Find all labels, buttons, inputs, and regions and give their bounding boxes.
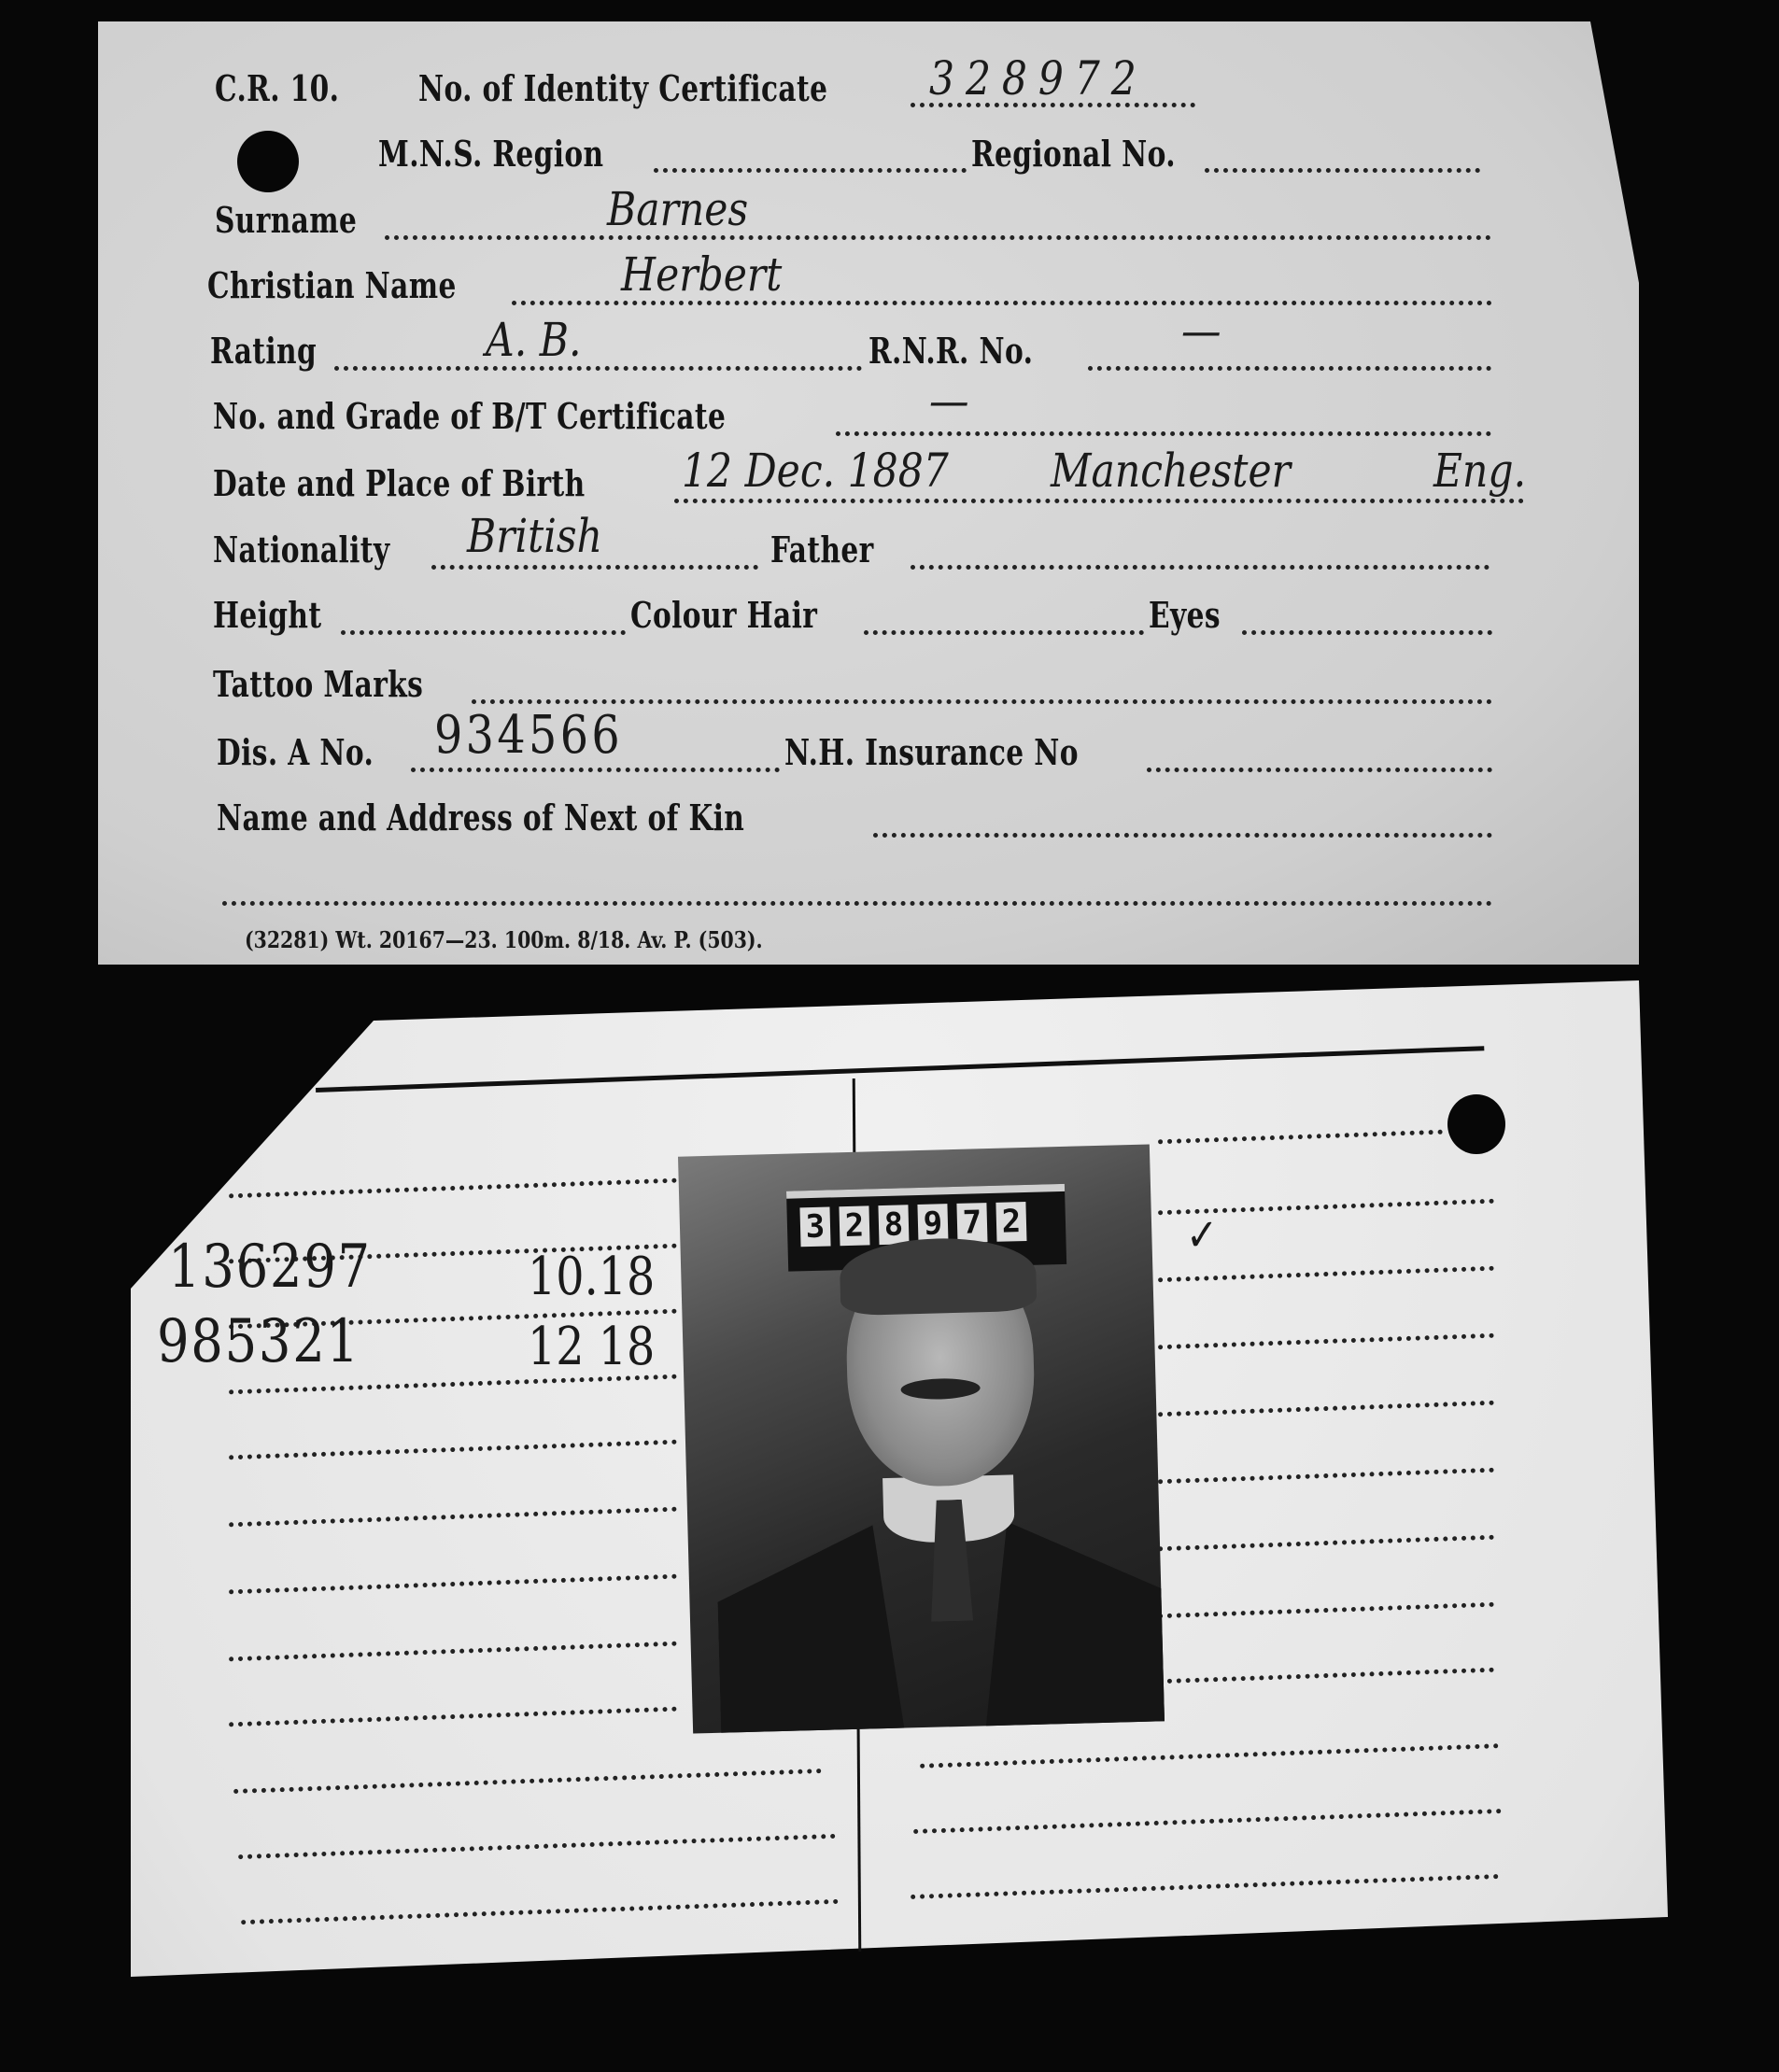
dis-a-label: Dis. A No.: [217, 731, 374, 773]
birth-country-value: Eng.: [1433, 444, 1526, 498]
plate-digit: 2: [839, 1205, 869, 1246]
dotted-line: [674, 499, 1524, 503]
check-mark-icon: ✓: [1186, 1209, 1218, 1262]
nh-insurance-label: N.H. Insurance No: [784, 731, 1079, 773]
rnr-no-value: —: [1181, 303, 1221, 358]
dotted-line: [341, 630, 626, 635]
portrait-photo: 3 2 8 9 7 2: [678, 1144, 1165, 1733]
eyes-label: Eyes: [1149, 594, 1221, 636]
dotted-line: [334, 366, 862, 371]
bt-certificate-value: —: [929, 374, 969, 428]
christian-name-label: Christian Name: [207, 264, 457, 306]
plate-digit: 7: [956, 1203, 987, 1243]
dotted-line: [873, 833, 1492, 838]
identity-certificate-value: 328972: [929, 51, 1148, 106]
dotted-line: [472, 699, 1492, 704]
tattoo-label: Tattoo Marks: [213, 663, 423, 705]
next-of-kin-label: Name and Address of Next of Kin: [217, 796, 744, 839]
identity-certificate-label: No. of Identity Certificate: [418, 67, 827, 109]
dotted-line: [385, 235, 1491, 240]
rnr-no-label: R.N.R. No.: [868, 330, 1033, 372]
form-code: C.R. 10.: [215, 67, 339, 109]
dotted-line: [431, 565, 758, 570]
dotted-line: [911, 565, 1490, 570]
colour-hair-label: Colour Hair: [630, 594, 817, 636]
bt-certificate-label: No. and Grade of B/T Certificate: [213, 395, 726, 437]
discharge-entry-date: 10.18: [528, 1247, 655, 1307]
dotted-line: [654, 168, 967, 173]
punch-hole: [1447, 1094, 1505, 1154]
nationality-value: British: [467, 509, 602, 563]
printer-imprint: (32281) Wt. 20167—23. 100m. 8/18. Av. P.…: [245, 926, 763, 953]
plate-digit: 3: [799, 1206, 830, 1247]
punch-hole: [237, 131, 299, 192]
height-label: Height: [213, 594, 321, 636]
dotted-line: [1147, 768, 1492, 772]
mns-region-label: M.N.S. Region: [378, 133, 603, 175]
surname-label: Surname: [215, 199, 357, 241]
nationality-label: Nationality: [213, 529, 390, 571]
birth-place-value: Manchester: [1051, 444, 1291, 498]
dotted-line: [1205, 168, 1480, 173]
christian-name-value: Herbert: [621, 247, 782, 302]
birth-label: Date and Place of Birth: [213, 462, 586, 504]
dis-a-value: 934566: [434, 705, 623, 766]
dotted-line: [864, 630, 1144, 635]
discharge-entry-number: 985321: [157, 1307, 360, 1376]
rating-label: Rating: [210, 330, 317, 372]
dotted-line: [1088, 366, 1491, 371]
dotted-line: [1242, 630, 1492, 635]
dotted-line: [836, 431, 1491, 436]
discharge-entry-date: 12 18: [528, 1317, 655, 1377]
dotted-line: [222, 901, 1492, 906]
surname-value: Barnes: [607, 182, 748, 236]
rating-value: A. B.: [486, 313, 581, 367]
discharge-entry-number: 136297: [168, 1233, 372, 1302]
birth-date-value: 12 Dec. 1887: [682, 444, 949, 498]
father-label: Father: [770, 529, 874, 571]
dotted-line: [411, 768, 780, 772]
regional-no-label: Regional No.: [971, 133, 1176, 175]
plate-digit: 8: [878, 1205, 909, 1245]
plate-digit: 2: [995, 1202, 1026, 1242]
